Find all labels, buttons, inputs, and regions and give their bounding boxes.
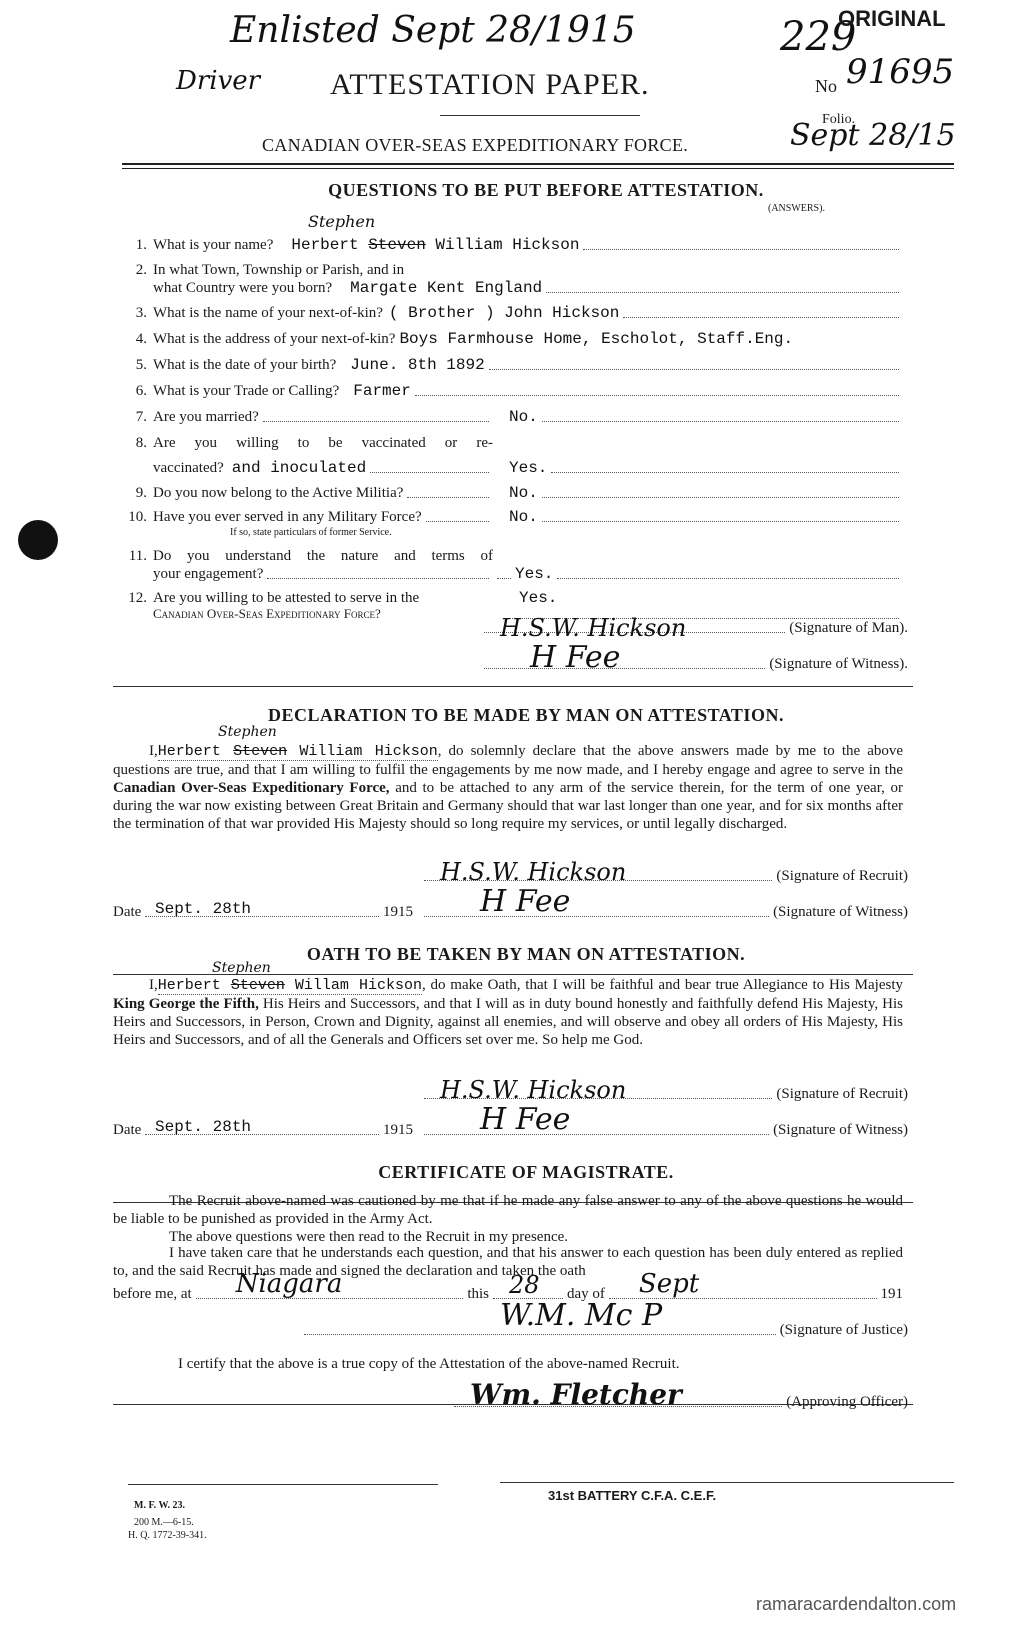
question-2-line1: 2. In what Town, Township or Parish, and…	[123, 261, 903, 279]
answer-1[interactable]: Herbert Steven William Hickson	[291, 236, 579, 254]
title-ornament	[440, 115, 640, 116]
magistrate-heading: CERTIFICATE OF MAGISTRATE.	[0, 1162, 1012, 1183]
signature-justice-line: W.M. Mc P (Signature of Justice)	[300, 1322, 908, 1339]
document-title: ATTESTATION PAPER.	[330, 68, 650, 102]
unit-stamp: 31st BATTERY C.F.A. C.E.F.	[548, 1488, 716, 1503]
answer-3[interactable]: ( Brother ) John Hickson	[389, 304, 619, 322]
certification-text: I certify that the above is a true copy …	[178, 1356, 680, 1373]
magistrate-place[interactable]: Niagara	[236, 1269, 343, 1299]
question-5: 5. What is the date of your birth? June.…	[123, 356, 903, 374]
answers-label: (ANSWERS).	[768, 203, 825, 214]
signature-of-man-line: H.S.W. Hickson (Signature of Man).	[480, 620, 908, 637]
answer-8[interactable]: Yes.	[509, 459, 547, 477]
question-7: 7. Are you married? No.	[123, 408, 903, 426]
signature-of-witness: H Fee	[530, 640, 620, 675]
signature-of-man: H.S.W. Hickson	[500, 614, 686, 642]
magistrate-para-3: I have taken care that he understands ea…	[113, 1244, 903, 1280]
declaration-text: I,Herbert Steven William Hickson, do sol…	[113, 742, 903, 833]
declaration-date[interactable]: Sept. 28th	[155, 900, 251, 918]
signature-of-witness-line: H Fee (Signature of Witness).	[480, 656, 908, 673]
watermark: ramaracardendalton.com	[756, 1594, 956, 1615]
question-8: vaccinated?and inoculated Yes.	[123, 459, 903, 477]
question-3: 3. What is the name of your next-of-kin?…	[123, 304, 903, 322]
punch-hole	[18, 520, 58, 560]
magistrate-month[interactable]: Sept	[639, 1269, 699, 1299]
signature-justice: W.M. Mc P	[500, 1298, 662, 1333]
answer-4[interactable]: Boys Farmhouse Home, Escholot, Staff.Eng…	[399, 330, 793, 348]
oath-date[interactable]: Sept. 28th	[155, 1118, 251, 1136]
question-11: your engagement? Yes.	[123, 565, 903, 583]
question-11-line1: 11. Do you understand the nature and ter…	[123, 547, 903, 565]
answer-5[interactable]: June. 8th 1892	[350, 356, 484, 374]
folio-value: Sept 28/15	[790, 118, 956, 153]
answer-10[interactable]: No.	[509, 508, 538, 526]
signature-approving-officer: Wm. Fletcher	[470, 1378, 682, 1411]
declaration-signature-recruit-line: H.S.W. Hickson (Signature of Recruit)	[420, 868, 908, 885]
hq-reference: H. Q. 1772-39-341.	[128, 1530, 207, 1541]
oath-heading: OATH TO BE TAKEN BY MAN ON ATTESTATION.	[0, 944, 1012, 965]
oath-signature-recruit-line: H.S.W. Hickson (Signature of Recruit)	[420, 1086, 908, 1103]
question-1: 1. What is your name? Herbert Steven Wil…	[123, 236, 903, 254]
oath-date-line: Date Sept. 28th 1915	[113, 1122, 413, 1139]
question-6: 6. What is your Trade or Calling? Farmer	[123, 382, 903, 400]
regimental-number: 91695	[846, 52, 954, 92]
form-code: M. F. W. 23.	[134, 1500, 185, 1511]
magistrate-para-1: The Recruit above-named was cautioned by…	[113, 1192, 903, 1228]
declaration-date-line: Date Sept. 28th 1915	[113, 904, 413, 921]
declaration-signature-witness: H Fee	[480, 884, 570, 919]
question-4: 4. What is the address of your next-of-k…	[123, 330, 953, 348]
answer-7[interactable]: No.	[509, 408, 538, 426]
answer-6[interactable]: Farmer	[353, 382, 411, 400]
handwritten-enlisted-note: Enlisted Sept 28/1915	[230, 10, 636, 51]
force-subtitle: CANADIAN OVER-SEAS EXPEDITIONARY FORCE.	[262, 135, 688, 156]
answer-9[interactable]: No.	[509, 484, 538, 502]
approving-officer-line: Wm. Fletcher (Approving Officer)	[450, 1394, 908, 1411]
declaration-signature-recruit: H.S.W. Hickson	[440, 858, 626, 886]
questions-divider	[113, 686, 913, 687]
answer-2[interactable]: Margate Kent England	[350, 279, 542, 297]
magistrate-day[interactable]: 28	[509, 1271, 540, 1299]
question-10: 10. Have you ever served in any Military…	[123, 508, 903, 526]
oath-signature-witness-line: H Fee (Signature of Witness)	[420, 1122, 908, 1139]
original-stamp: ORIGINAL	[838, 6, 946, 32]
declaration-heading: DECLARATION TO BE MADE BY MAN ON ATTESTA…	[0, 705, 1012, 726]
declaration-name-correction: Stephen	[218, 724, 277, 740]
footer-divider-right	[500, 1482, 954, 1483]
handwritten-rank: Driver	[176, 66, 260, 96]
question-2: what Country were you born? Margate Kent…	[123, 279, 903, 297]
oath-name-correction: Stephen	[212, 960, 271, 976]
oath-signature-witness: H Fee	[480, 1102, 570, 1137]
question-10-note: If so, state particulars of former Servi…	[230, 527, 392, 538]
question-9: 9. Do you now belong to the Active Milit…	[123, 484, 903, 502]
oath-signature-recruit: H.S.W. Hickson	[440, 1076, 626, 1104]
answer-11[interactable]: Yes.	[515, 565, 553, 583]
declaration-signature-witness-line: H Fee (Signature of Witness)	[420, 904, 908, 921]
oath-text: I,Herbert Steven Willam Hickson, do make…	[113, 976, 903, 1049]
header-divider	[122, 163, 954, 169]
questions-heading: QUESTIONS TO BE PUT BEFORE ATTESTATION.	[0, 180, 1012, 201]
print-run: 200 M.—6-15.	[134, 1517, 194, 1528]
name-correction: Stephen	[308, 212, 375, 231]
footer-divider-left	[128, 1484, 438, 1485]
question-8-line1: 8. Are you willing to be vaccinated or r…	[123, 434, 903, 452]
number-label: No	[815, 76, 837, 97]
